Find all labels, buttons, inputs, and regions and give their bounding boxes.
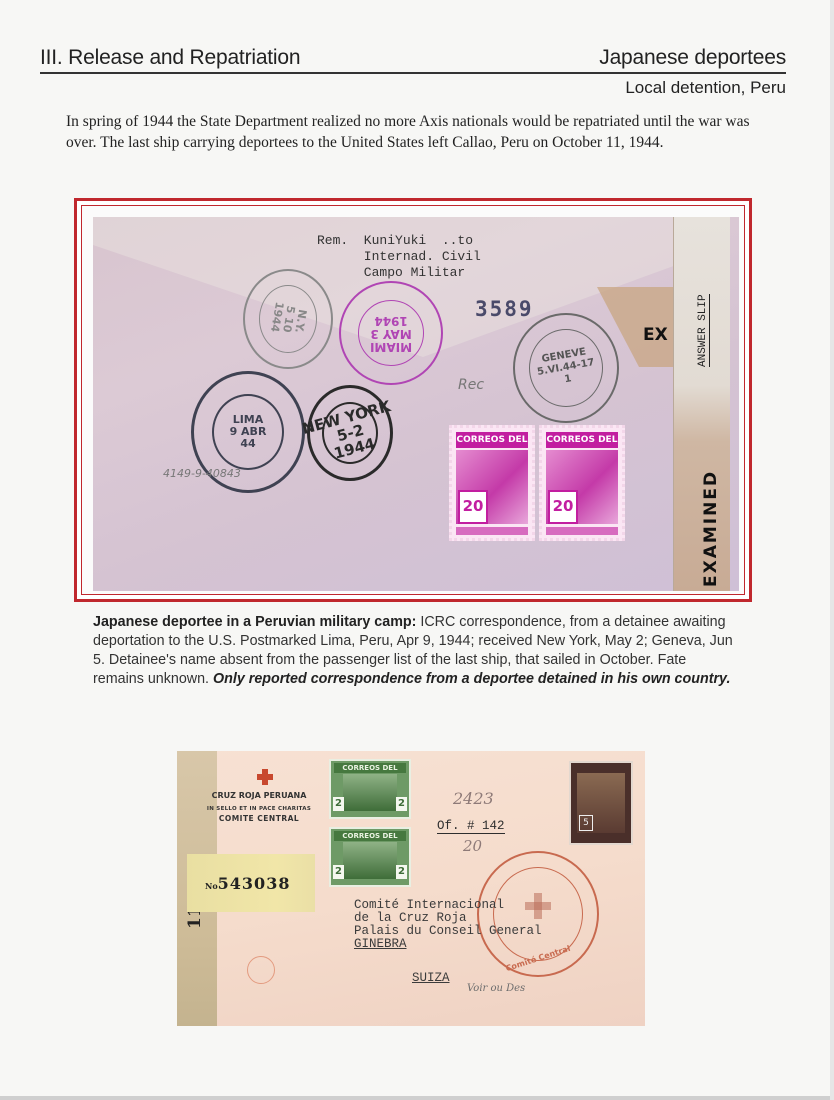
subtopic-title: Local detention, Peru xyxy=(625,78,786,98)
page-edge xyxy=(830,0,834,1100)
handwritten-ref: 20 xyxy=(463,837,482,855)
postmark-new-york-gray: N.Y. 5 10 1944 xyxy=(243,269,333,369)
typed-ref: Of. # 142 xyxy=(437,819,505,834)
handwritten-ref: 2423 xyxy=(453,789,494,808)
caption-emphasis: Only reported correspondence from a depo… xyxy=(213,671,730,687)
caption-lead: Japanese deportee in a Peruvian military… xyxy=(93,614,416,630)
postmark-miami: MIAMI MAY 3 1944 xyxy=(339,281,443,385)
topic-title: Japanese deportees xyxy=(599,46,786,70)
stamp-5-cts: 5 xyxy=(569,761,633,845)
stamp-2-cts: CORREOS DEL PERU 22 xyxy=(329,827,411,887)
red-cross-icon xyxy=(257,769,273,785)
postmark-new-york: NEW YORK 5-2 1944 xyxy=(307,385,393,481)
address-block: Comité Internacional de la Cruz Roja Pal… xyxy=(354,899,542,951)
return-address: Rem. KuniYuki ..to Internad. Civil Campo… xyxy=(317,233,481,281)
examined-label: EXAMINED xyxy=(701,470,721,587)
cover1-frame: Rem. KuniYuki ..to Internad. Civil Campo… xyxy=(74,198,752,602)
registration-label: No543038 xyxy=(187,854,315,912)
address-country: SUIZA xyxy=(412,971,450,985)
page-edge xyxy=(0,1096,834,1100)
cover1-caption: Japanese deportee in a Peruvian military… xyxy=(93,613,733,689)
registration-number: 3589 xyxy=(475,297,534,321)
cover2-image: 1124 CRUZ ROJA PERUANA IN SELLO ET IN PA… xyxy=(177,751,645,1026)
stamp-20-cts: CORREOS DEL PERU 20 xyxy=(449,425,535,541)
pencil-note: Rec xyxy=(458,377,484,393)
stamp-2-cts: CORREOS DEL PERU 22 xyxy=(329,759,411,819)
org-letterhead: CRUZ ROJA PERUANA IN SELLO ET IN PACE CH… xyxy=(199,791,319,823)
handwritten-note: Voir ou Des xyxy=(467,983,525,994)
postmark-geneva: GENEVE 5.VI.44-17 1 xyxy=(513,313,619,423)
stamp-20-cts: CORREOS DEL PERU 20 xyxy=(539,425,625,541)
cover1-image: Rem. KuniYuki ..to Internad. Civil Campo… xyxy=(93,217,739,591)
pencil-note: 4149-9-40843 xyxy=(163,467,241,480)
censor-label-partial: EX xyxy=(643,325,668,345)
small-postmark xyxy=(247,956,275,984)
intro-paragraph: In spring of 1944 the State Department r… xyxy=(66,111,766,153)
section-title: III. Release and Repatriation xyxy=(40,46,300,70)
answer-slip-label: ANSWER SLIP xyxy=(697,294,710,367)
header-divider xyxy=(40,72,786,74)
registration-number: 543038 xyxy=(218,874,291,893)
